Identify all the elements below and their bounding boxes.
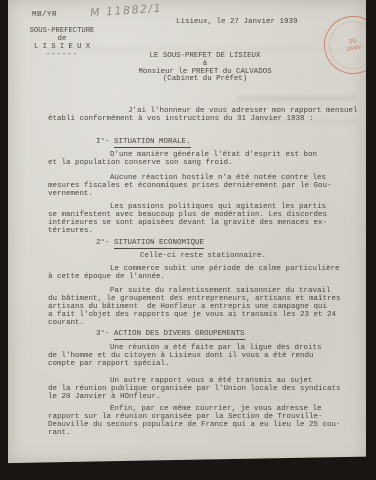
paragraph: Enfin, par ce même courrier, je vous adr… bbox=[48, 405, 364, 437]
paragraph: Une réunion a été faite par la ligue des… bbox=[48, 344, 364, 368]
paragraph: Les passions politiques qui agitaient le… bbox=[48, 203, 364, 235]
letterhead-de: de bbox=[14, 35, 110, 43]
section-heading-2: 2°- SITUATION ECONOMIQUE bbox=[48, 239, 364, 247]
recipient-block: LE SOUS-PREFET DE LISIEUX à Monsieur le … bbox=[100, 53, 310, 84]
handwritten-archive-number: M 11882/1 bbox=[90, 1, 163, 19]
section-title: SITUATION MORALE. bbox=[114, 138, 191, 148]
section-number: 3°- bbox=[96, 330, 114, 338]
section-title: SITUATION ECONOMIQUE bbox=[114, 239, 204, 249]
recipient-cabinet: (Cabinet du Préfet) bbox=[100, 76, 310, 84]
paragraph: Par suite du ralentissement saisonnier d… bbox=[48, 287, 364, 327]
section-number: I°- bbox=[96, 138, 114, 146]
paragraph: Aucune réaction hostile n'a été notée co… bbox=[48, 174, 364, 198]
section-heading-3: 3°- ACTION DES DIVERS GROUPEMENTS bbox=[48, 330, 364, 338]
bleed-through-smudge bbox=[238, 96, 356, 101]
section-number: 2°- bbox=[96, 239, 114, 247]
section-heading-1: I°- SITUATION MORALE. bbox=[48, 138, 364, 146]
paragraph: Le commerce subit une période de calme p… bbox=[48, 265, 364, 281]
paragraph: Un autre rapport vous a été transmis au … bbox=[48, 377, 364, 401]
letterhead-office: SOUS-PREFECTURE bbox=[14, 27, 110, 35]
reference-initials: MB/YR bbox=[32, 11, 57, 19]
scanned-letter-page: { "document": { "ref_initials": "MB/YR",… bbox=[0, 0, 376, 480]
letterhead: SOUS-PREFECTURE de L I S I E U X ------ bbox=[14, 27, 110, 59]
letterhead-rule: ------ bbox=[14, 51, 110, 59]
paragraph: D'une manière générale l'état d'esprit e… bbox=[48, 151, 364, 167]
letter-body: J'ai l'honneur de vous adresser mon rapp… bbox=[48, 107, 364, 437]
dateline: Lisieux, le 27 Janvier 1939 bbox=[176, 18, 298, 26]
section-title: ACTION DES DIVERS GROUPEMENTS bbox=[114, 330, 245, 340]
intro-paragraph: J'ai l'honneur de vous adresser mon rapp… bbox=[48, 107, 364, 123]
letter-paper: MB/YR M 11882/1 Lisieux, le 27 Janvier 1… bbox=[8, 0, 366, 464]
paragraph: Celle-ci reste stationnaire. bbox=[48, 252, 364, 260]
letterhead-city: L I S I E U X bbox=[14, 43, 110, 51]
